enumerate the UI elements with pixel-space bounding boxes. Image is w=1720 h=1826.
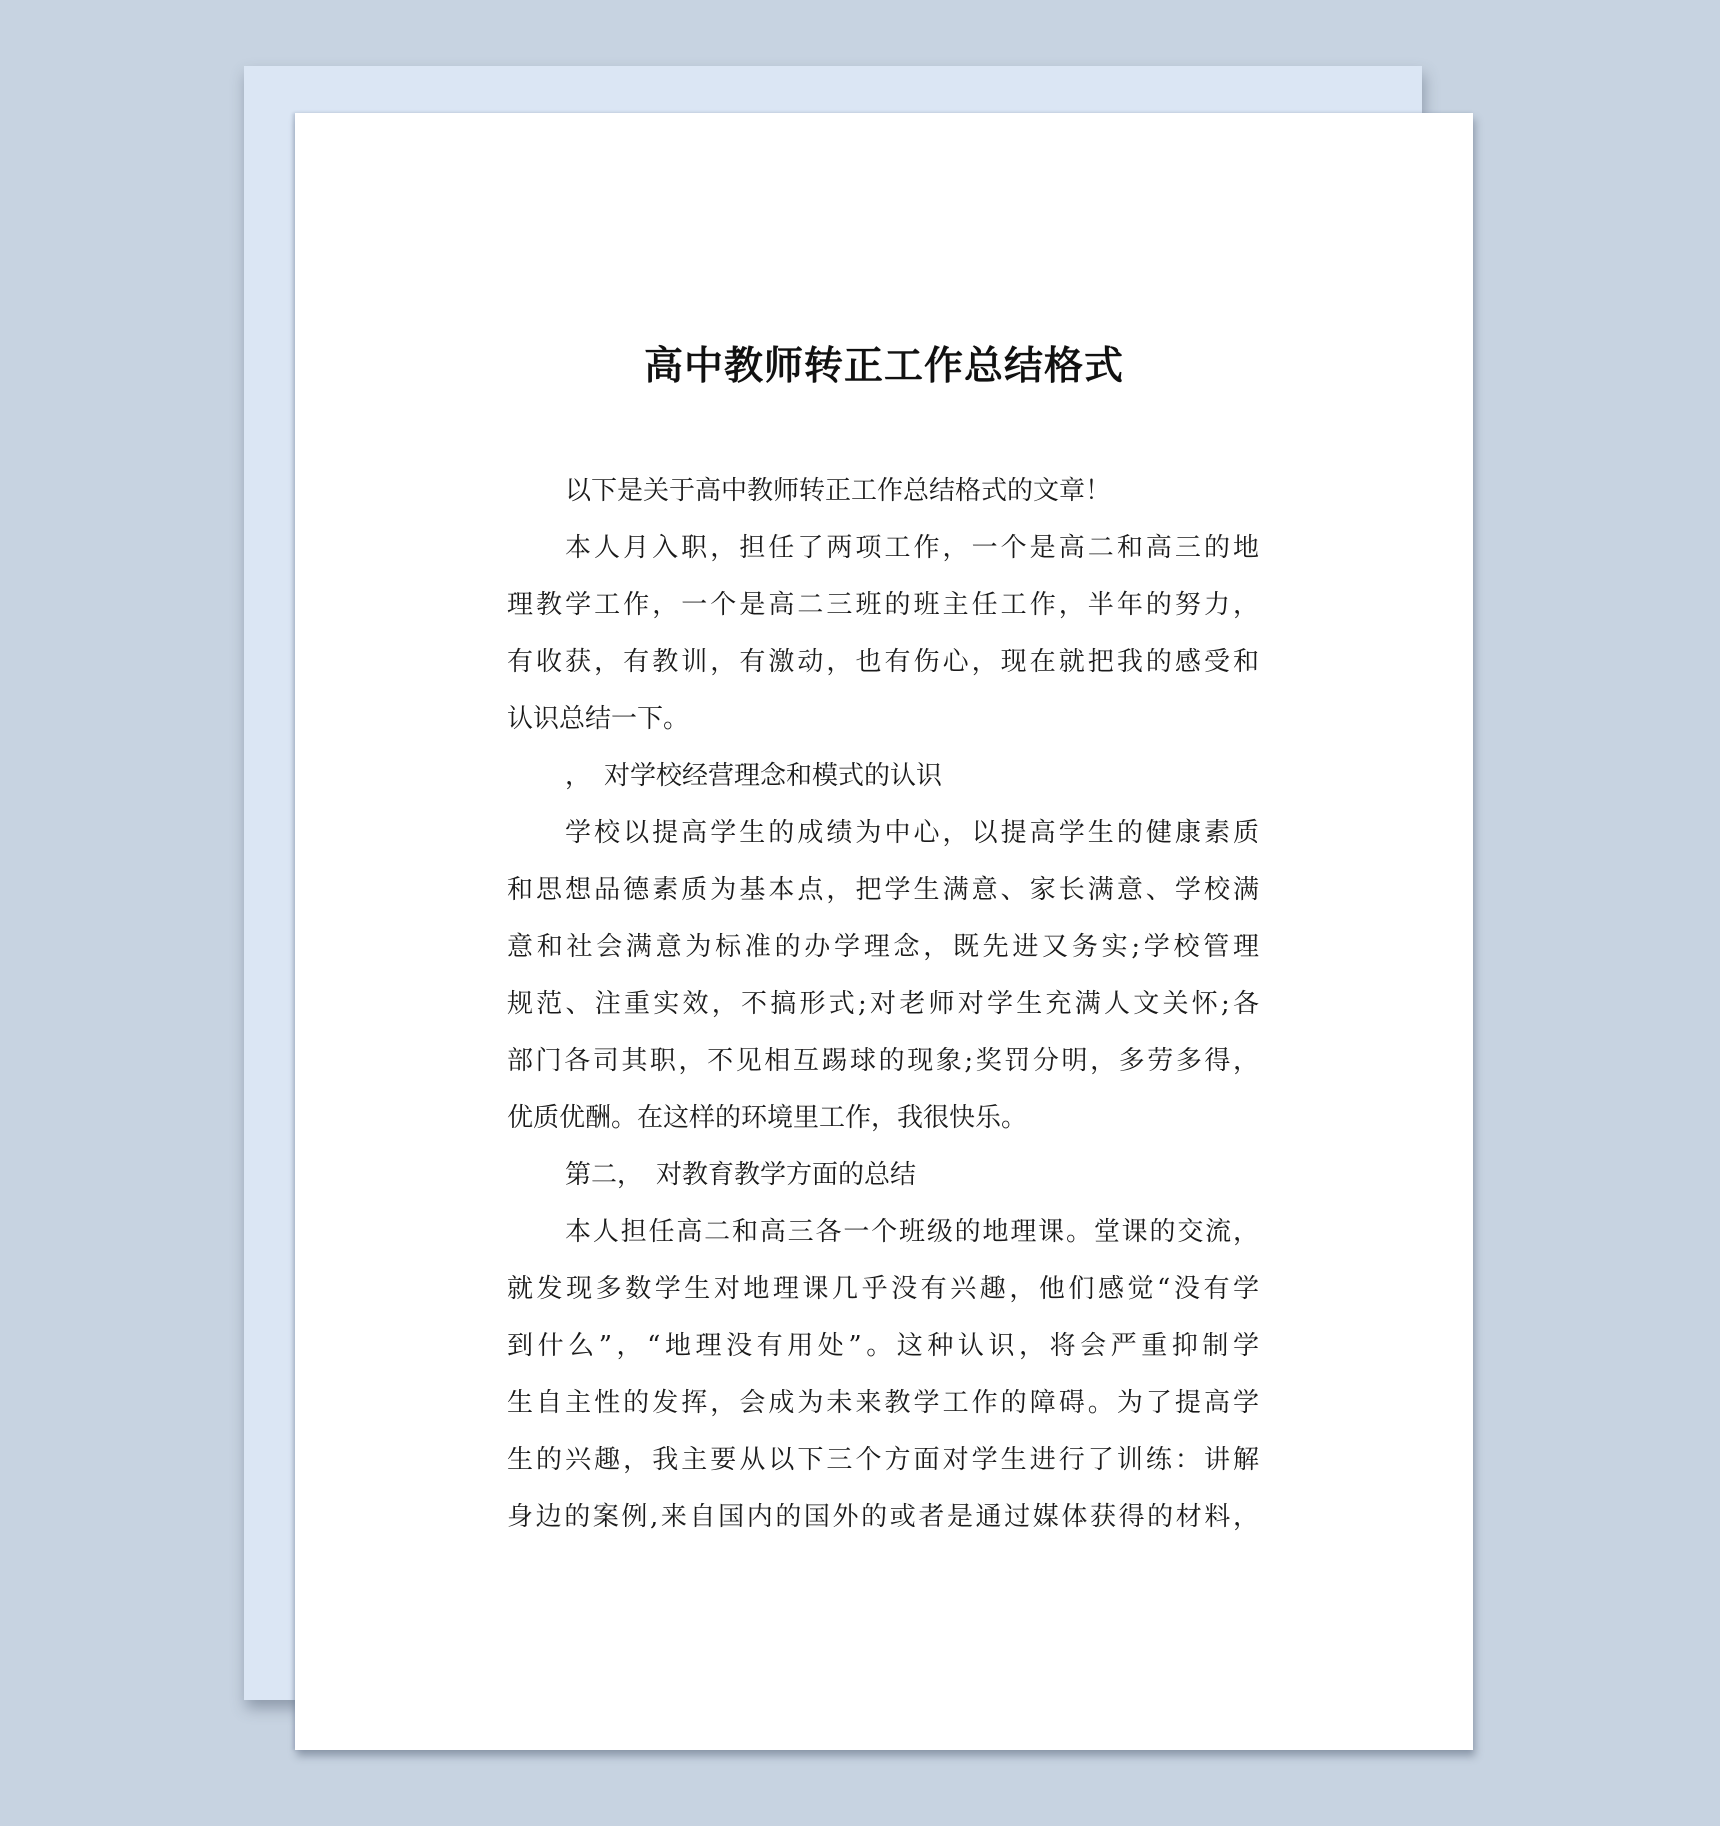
body-line: 身边的案例,来自国内的国外的或者是通过媒体获得的材料， [507,1499,1259,1535]
body-line: 生自主性的发挥，会成为未来教学工作的障碍。为了提高学 [507,1385,1259,1421]
body-line: 规范、注重实效，不搞形式;对老师对学生充满人文关怀;各 [507,986,1259,1022]
section-heading: ， 对学校经营理念和模式的认识 [565,758,1259,794]
body-line: 有收获，有教训，有激动，也有伤心，现在就把我的感受和 [507,644,1259,680]
body-line: 生的兴趣，我主要从以下三个方面对学生进行了训练：讲解 [507,1442,1259,1478]
body-line: 部门各司其职，不见相互踢球的现象;奖罚分明，多劳多得， [507,1043,1259,1079]
document-title: 高中教师转正工作总结格式 [295,335,1473,391]
body-line: 优质优酬。在这样的环境里工作，我很快乐。 [507,1100,1259,1136]
body-line: 认识总结一下。 [507,701,1259,737]
body-line: 本人月入职，担任了两项工作，一个是高二和高三的地 [565,530,1259,566]
body-line: 就发现多数学生对地理课几乎没有兴趣，他们感觉“没有学 [507,1271,1259,1307]
body-line: 以下是关于高中教师转正工作总结格式的文章！ [565,473,1259,509]
section-heading: 第二， 对教育教学方面的总结 [565,1157,1259,1193]
body-line: 意和社会满意为标准的办学理念，既先进又务实;学校管理 [507,929,1259,965]
body-line: 到什么”，“地理没有用处”。这种认识，将会严重抑制学 [507,1328,1259,1364]
document-page: 高中教师转正工作总结格式 以下是关于高中教师转正工作总结格式的文章！ 本人月入职… [295,113,1473,1750]
body-line: 学校以提高学生的成绩为中心，以提高学生的健康素质 [565,815,1259,851]
body-line: 理教学工作，一个是高二三班的班主任工作，半年的努力， [507,587,1259,623]
body-line: 和思想品德素质为基本点，把学生满意、家长满意、学校满 [507,872,1259,908]
body-line: 本人担任高二和高三各一个班级的地理课。堂课的交流， [565,1214,1259,1250]
